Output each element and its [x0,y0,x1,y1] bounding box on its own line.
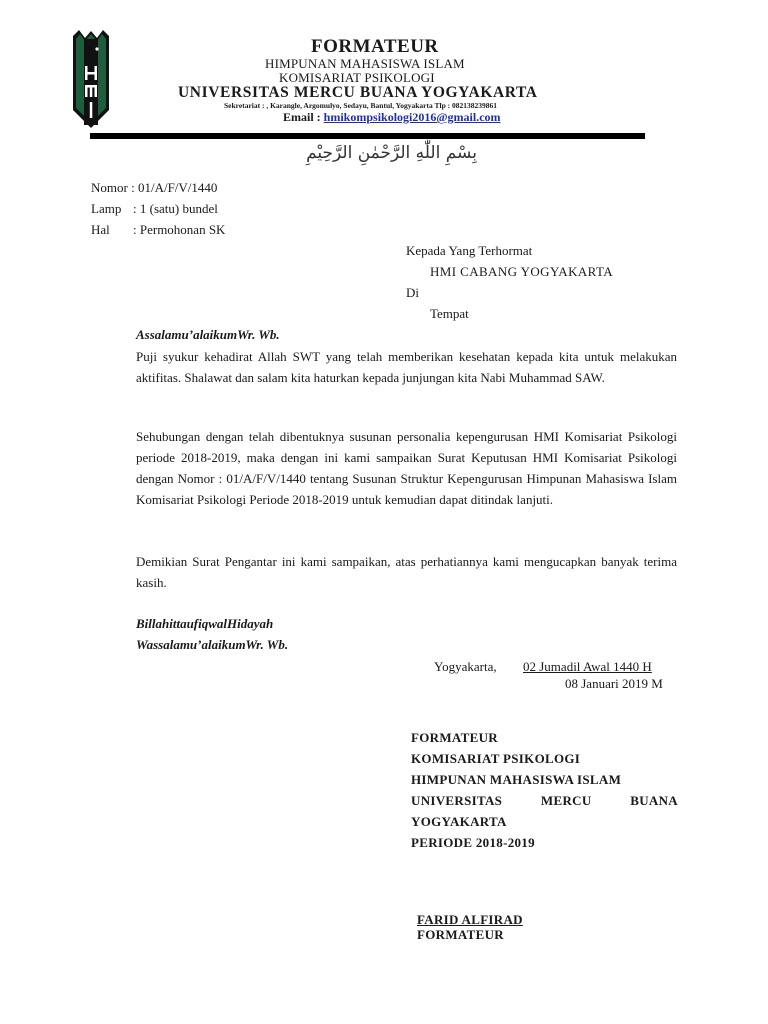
sig-word-universitas: UNIVERSITAS [411,793,502,809]
hal-value: : Permohonan SK [133,222,225,237]
sig-word-mercu: MERCU [541,793,592,809]
letterhead-divider [90,133,645,139]
lamp-value: : 1 (satu) bundel [133,201,218,216]
email-label: Email : [283,110,324,124]
lamp-label: Lamp [91,201,133,217]
paragraph-closing: Demikian Surat Pengantar ini kami sampai… [136,551,677,593]
meta-lamp: Lamp: 1 (satu) bundel [91,201,218,217]
email-link[interactable]: hmikompsikologi2016@gmail.com [324,110,501,124]
paragraph-main: Sehubungan dengan telah dibentuknya susu… [136,426,677,510]
date-hijri: 02 Jumadil Awal 1440 H [523,659,652,675]
sig-period: PERIODE 2018-2019 [411,835,535,851]
recipient-place: Tempat [430,306,469,322]
closing-line2: Wassalamu’alaikumWr. Wb. [136,637,288,653]
recipient-name: HMI CABANG YOGYAKARTA [430,264,613,280]
date-gregorian: 08 Januari 2019 M [565,676,663,692]
letterhead-address: Sekretariat : , Karangle, Argomulyo, Sed… [224,101,497,110]
paragraph-opening: Puji syukur kehadirat Allah SWT yang tel… [136,346,677,388]
sig-formateur: FORMATEUR [411,730,498,746]
date-place: Yogyakarta, [434,659,497,675]
letterhead-university: UNIVERSITAS MERCU BUANA YOGYAKARTA [178,84,538,102]
greeting: Assalamu’alaikumWr. Wb. [136,327,280,343]
recipient-salutation: Kepada Yang Terhormat [406,243,532,259]
letterhead-email-line: Email : hmikompsikologi2016@gmail.com [283,110,501,125]
sig-word-buana: BUANA [630,793,678,809]
sig-org: HIMPUNAN MAHASISWA ISLAM [411,772,621,788]
sig-city: YOGYAKARTA [411,814,507,830]
closing-line1: BillahittaufiqwalHidayah [136,616,273,632]
meta-nomor: Nomor : 01/A/F/V/1440 [91,180,217,196]
nomor-value: : 01/A/F/V/1440 [131,180,217,195]
signatory-position: FORMATEUR [417,927,504,943]
nomor-label: Nomor [91,180,128,195]
hmi-logo [71,30,111,128]
sig-komisariat: KOMISARIAT PSIKOLOGI [411,751,580,767]
recipient-di: Di [406,285,419,301]
hal-label: Hal [91,222,133,238]
letterhead-title: FORMATEUR [311,36,439,58]
meta-hal: Hal: Permohonan SK [91,222,225,238]
bismillah-calligraphy: بِسْمِ اللّٰهِ الرَّحْمٰنِ الرَّحِيْمِ [0,143,768,163]
signatory-name: FARID ALFIRAD [417,912,523,928]
sig-university-line: UNIVERSITAS MERCU BUANA [411,793,678,809]
